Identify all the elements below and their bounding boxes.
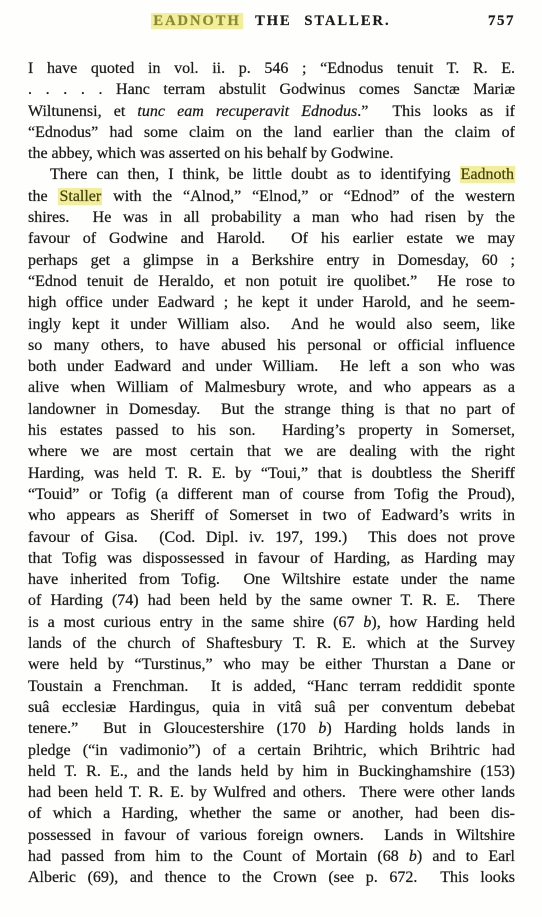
text-segment: Alberic (69), and thence to the Crown (s… xyxy=(28,869,515,886)
text-line: “Ednodus” had some claim on the land ear… xyxy=(28,122,515,143)
text-line: of Harding (74) had been held by the sam… xyxy=(28,590,515,611)
text-line: pledge (“in vadimonio”) of a certain Bri… xyxy=(28,740,515,761)
text-line: the abbey, which was asserted on his beh… xyxy=(28,143,515,164)
text-segment: held T. R. E., and the lands held by him… xyxy=(28,763,515,780)
text-segment: suâ ecclesiæ Hardingus, quia in vitâ suâ… xyxy=(28,699,515,716)
text-segment: high office under Eadward ; he kept it u… xyxy=(28,294,515,311)
text-segment: alive when William of Malmesbury wrote, … xyxy=(28,379,515,396)
text-segment: had been held T. R. E. by Wulfred and ot… xyxy=(28,784,515,801)
text-line: Toustain a Frenchman. It is added, “Hanc… xyxy=(28,676,515,697)
text-segment: so many others, to have abused his perso… xyxy=(28,337,515,354)
text-line: lands of the church of Shaftesbury T. R.… xyxy=(28,633,515,654)
text-segment: . . . . . Hanc terram abstulit Godwinus … xyxy=(28,81,515,98)
text-line: who appears as Sheriff of Somerset in tw… xyxy=(28,505,515,526)
text-line: the Staller with the “Alnod,” “Elnod,” o… xyxy=(28,186,515,207)
text-line: suâ ecclesiæ Hardingus, quia in vitâ suâ… xyxy=(28,697,515,718)
text-segment: the xyxy=(28,188,58,205)
text-segment: have inherited from Tofig. One Wiltshire… xyxy=(28,571,515,588)
text-segment: .” This looks as if xyxy=(357,103,515,120)
text-segment: of Harding (74) had been held by the sam… xyxy=(28,592,515,609)
text-segment: who appears as Sheriff of Somerset in tw… xyxy=(28,507,515,524)
text-segment: the abbey, which was asserted on his beh… xyxy=(28,145,394,162)
text-segment: “Ednod tenuit de Heraldo, et non potuit … xyxy=(28,273,515,290)
text-segment: of which a Harding, whether the same or … xyxy=(28,805,515,822)
italic-text: b xyxy=(409,848,417,865)
text-line: landowner in Domesday. But the strange t… xyxy=(28,399,515,420)
paragraph: I have quoted in vol. ii. p. 546 ; “Edno… xyxy=(28,58,515,164)
text-segment: landowner in Domesday. But the strange t… xyxy=(28,401,515,418)
text-line: There can then, I think, be little doubt… xyxy=(28,164,515,185)
text-line: favour of Godwine and Harold. Of his ear… xyxy=(28,228,515,249)
text-line: shires. He was in all probability a man … xyxy=(28,207,515,228)
text-segment: tenere.” But in Gloucestershire (170 xyxy=(28,720,318,737)
text-line: favour of Gisa. (Cod. Dipl. iv. 197, 199… xyxy=(28,527,515,548)
text-line: alive when William of Malmesbury wrote, … xyxy=(28,377,515,398)
text-segment: Toustain a Frenchman. It is added, “Hanc… xyxy=(28,678,515,695)
text-segment: both under Eadward and under William. He… xyxy=(28,358,515,375)
text-segment: were held by “Turstinus,” who may be eit… xyxy=(28,656,515,673)
text-segment: shires. He was in all probability a man … xyxy=(28,209,515,226)
text-segment: There can then, I think, be little doubt… xyxy=(50,166,460,183)
text-line: Wiltunensi, et tunc eam recuperavit Edno… xyxy=(28,101,515,122)
text-line: of which a Harding, whether the same or … xyxy=(28,803,515,824)
text-segment: ) Harding holds lands in xyxy=(326,720,515,737)
text-segment: is a most curious entry in the same shir… xyxy=(28,614,363,631)
text-segment: favour of Gisa. (Cod. Dipl. iv. 197, 199… xyxy=(28,529,515,546)
book-page: EADNOTH THE STALLER. 757 I have quoted i… xyxy=(0,0,542,917)
text-line: so many others, to have abused his perso… xyxy=(28,335,515,356)
text-line: . . . . . Hanc terram abstulit Godwinus … xyxy=(28,79,515,100)
text-line: I have quoted in vol. ii. p. 546 ; “Edno… xyxy=(28,58,515,79)
text-line: Alberic (69), and thence to the Crown (s… xyxy=(28,867,515,888)
text-segment: “Touid” or Tofig (a different man of cou… xyxy=(28,486,515,503)
text-segment: had passed from him to the Count of Mort… xyxy=(28,848,409,865)
text-line: had passed from him to the Count of Mort… xyxy=(28,846,515,867)
search-highlight: EADNOTH xyxy=(151,13,242,29)
text-line: “Ednod tenuit de Heraldo, et non potuit … xyxy=(28,271,515,292)
text-line: high office under Eadward ; he kept it u… xyxy=(28,292,515,313)
page-title: EADNOTH THE STALLER. xyxy=(0,13,542,30)
text-line: had been held T. R. E. by Wulfred and ot… xyxy=(28,782,515,803)
text-line: “Touid” or Tofig (a different man of cou… xyxy=(28,484,515,505)
text-line: tenere.” But in Gloucestershire (170 b) … xyxy=(28,718,515,739)
text-line: were held by “Turstinus,” who may be eit… xyxy=(28,654,515,675)
text-line: ingly kept it under William also. And he… xyxy=(28,314,515,335)
text-segment: favour of Godwine and Harold. Of his ear… xyxy=(28,230,515,247)
text-line: possessed in favour of various foreign o… xyxy=(28,825,515,846)
text-segment: I have quoted in vol. ii. p. 546 ; “Edno… xyxy=(28,60,515,77)
page-body: I have quoted in vol. ii. p. 546 ; “Edno… xyxy=(28,58,515,889)
text-segment: Wiltunensi, et xyxy=(28,103,137,120)
paragraph: There can then, I think, be little doubt… xyxy=(28,164,515,888)
text-segment: with the “Alnod,” “Elnod,” or “Ednod” of… xyxy=(102,188,515,205)
search-highlight: Eadnoth xyxy=(460,166,515,183)
text-line: perhaps get a glimpse in a Berkshire ent… xyxy=(28,250,515,271)
text-line: Harding, was held T. R. E. by “Toui,” th… xyxy=(28,463,515,484)
text-segment: that Tofig was dispossessed in favour of… xyxy=(28,550,515,567)
page-title-rest: THE STALLER. xyxy=(243,13,391,29)
text-line: where we are most certain that we are de… xyxy=(28,441,515,462)
text-line: both under Eadward and under William. He… xyxy=(28,356,515,377)
text-segment: lands of the church of Shaftesbury T. R.… xyxy=(28,635,515,652)
text-line: is a most curious entry in the same shir… xyxy=(28,612,515,633)
text-segment: ), how Harding held xyxy=(371,614,515,631)
text-line: held T. R. E., and the lands held by him… xyxy=(28,761,515,782)
text-segment: “Ednodus” had some claim on the land ear… xyxy=(28,124,515,141)
text-segment: ingly kept it under William also. And he… xyxy=(28,316,515,333)
text-line: have inherited from Tofig. One Wiltshire… xyxy=(28,569,515,590)
text-segment: pledge (“in vadimonio”) of a certain Bri… xyxy=(28,742,515,759)
text-segment: possessed in favour of various foreign o… xyxy=(28,827,515,844)
text-segment: his estates passed to his son. Harding’s… xyxy=(28,422,515,439)
page-number: 757 xyxy=(488,13,515,30)
text-segment: Harding, was held T. R. E. by “Toui,” th… xyxy=(28,465,515,482)
text-segment: ) and to Earl xyxy=(417,848,515,865)
text-segment: where we are most certain that we are de… xyxy=(28,443,515,460)
text-line: his estates passed to his son. Harding’s… xyxy=(28,420,515,441)
text-line: that Tofig was dispossessed in favour of… xyxy=(28,548,515,569)
text-segment: perhaps get a glimpse in a Berkshire ent… xyxy=(28,252,515,269)
search-highlight: Staller xyxy=(58,188,102,205)
running-header: EADNOTH THE STALLER. 757 xyxy=(0,0,542,39)
italic-text: tunc eam recuperavit Ednodus xyxy=(137,103,357,120)
